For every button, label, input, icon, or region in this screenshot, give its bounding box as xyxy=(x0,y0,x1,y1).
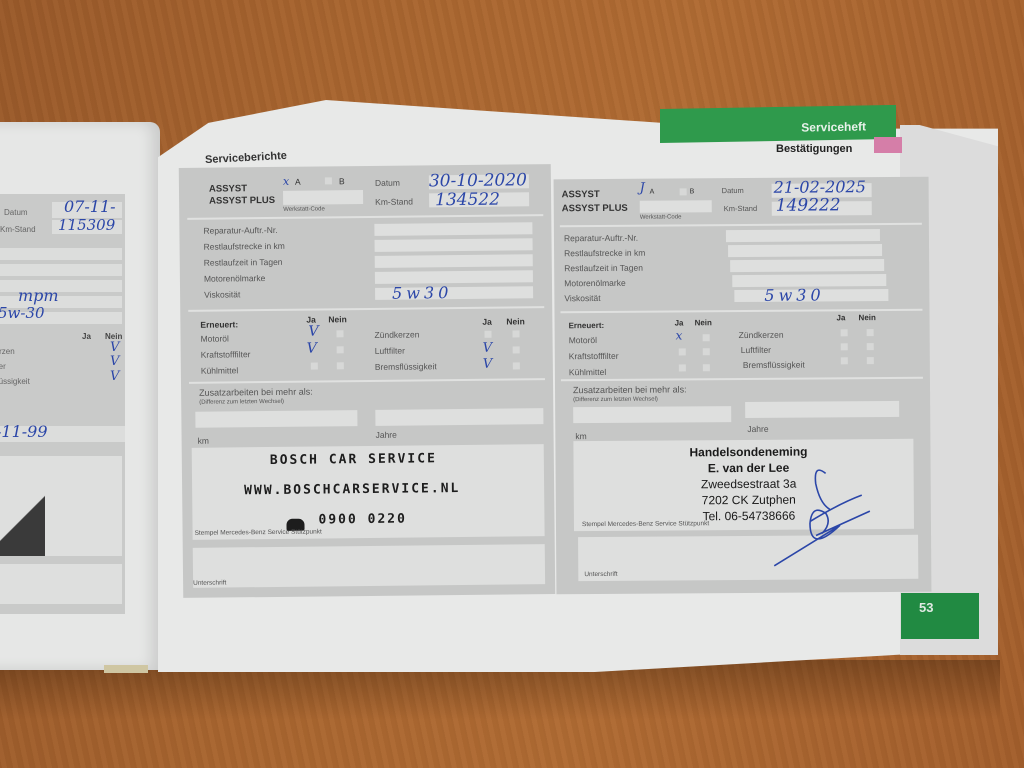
assyst-label: ASSYST xyxy=(562,189,600,200)
viskositaet-label: Viskosität xyxy=(204,289,240,299)
left-ja-label: Ja xyxy=(82,332,91,341)
ja-label-2: Ja xyxy=(836,313,845,322)
left-oil-brand: mpm xyxy=(18,286,59,305)
section-subtitle: Bestätigungen xyxy=(776,143,852,155)
restlaufzeit-label: Restlaufzeit in Tagen xyxy=(564,263,643,274)
left-form-panel: Datum 07-11-18 Km-Stand 115309 mpm 5w-30… xyxy=(0,194,125,614)
kraftstofffilter-nein-checkbox[interactable] xyxy=(703,348,710,355)
differenz-label: (Differenz zum letzten Wechsel) xyxy=(573,397,658,404)
divider xyxy=(561,377,923,382)
workshop-code-field[interactable] xyxy=(283,190,363,205)
workshop-code-label: Werkstatt-Code xyxy=(640,214,682,220)
left-field-row xyxy=(0,264,122,276)
kraftstofffilter-label: Kraftstofffilter xyxy=(201,349,251,360)
restlaufzeit-field[interactable] xyxy=(375,254,533,268)
unterschrift-label: Unterschrift xyxy=(584,571,617,578)
motorenoelmarke-label: Motorenölmarke xyxy=(564,278,625,288)
motoroel-label: Motoröl xyxy=(569,335,597,345)
motoroel-label: Motoröl xyxy=(200,333,228,343)
option-b-label: B xyxy=(339,176,345,186)
luftfilter-nein-checkbox[interactable] xyxy=(867,343,874,350)
datum-value: 30-10-2020 xyxy=(429,170,527,191)
reparatur-label: Reparatur-Auftr.-Nr. xyxy=(564,233,638,244)
luftfilter-nein-checkbox[interactable] xyxy=(513,346,520,353)
kuehlmittel-ja-checkbox[interactable] xyxy=(311,363,318,370)
bremsfluessigkeit-ja-checkbox[interactable] xyxy=(841,357,848,364)
divider xyxy=(188,306,544,312)
bremsfluessigkeit-nein-checkbox[interactable] xyxy=(513,362,520,369)
option-a-label: A xyxy=(650,189,655,196)
signature-box xyxy=(193,544,545,588)
bremsfluessigkeit-check: V xyxy=(483,357,493,372)
option-b-label: B xyxy=(690,188,695,195)
lee-stamp-line1: Handelsondeneming xyxy=(673,443,823,460)
unterschrift-label: Unterschrift xyxy=(193,579,226,586)
restlaufzeit-label: Restlaufzeit in Tagen xyxy=(204,257,283,268)
serviceheft-tab: Serviceheft xyxy=(660,105,896,143)
kuehlmittel-nein-checkbox[interactable] xyxy=(337,362,344,369)
nein-label-2: Nein xyxy=(858,313,875,322)
motoroel-check: V xyxy=(308,324,318,340)
divider xyxy=(187,214,543,220)
workshop-code-label: Werkstatt-Code xyxy=(283,206,325,212)
motoroel-nein-checkbox[interactable] xyxy=(703,334,710,341)
divider xyxy=(560,223,922,228)
left-km-value: 115309 xyxy=(58,216,115,234)
nein-label-2: Nein xyxy=(506,316,525,326)
bosch-stamp-line3: 0900 0220 xyxy=(318,512,407,528)
differenz-label: (Differenz zum letzten Wechsel) xyxy=(199,399,284,406)
zusatz-jahre-field[interactable] xyxy=(375,408,543,426)
left-mark-3: V xyxy=(110,369,119,384)
zusatz-km-field[interactable] xyxy=(195,410,357,428)
kraftstofffilter-check: V xyxy=(307,341,317,357)
zusatz-km-field[interactable] xyxy=(573,406,731,423)
km-label: km xyxy=(198,436,209,446)
assyst-plus-label: ASSYST PLUS xyxy=(209,195,275,207)
kraftstofffilter-nein-checkbox[interactable] xyxy=(337,346,344,353)
erneuert-label: Erneuert: xyxy=(569,321,605,330)
zuendkerzen-label: Zündkerzen xyxy=(739,330,784,340)
restlaufstrecke-field[interactable] xyxy=(375,238,533,252)
ja-label-2: Ja xyxy=(482,317,492,327)
restlaufzeit-field[interactable] xyxy=(730,259,884,272)
page-number-tab: 53 xyxy=(901,593,979,639)
reparatur-label: Reparatur-Auftr.-Nr. xyxy=(203,225,277,236)
luftfilter-check: V xyxy=(483,341,493,356)
km-stand-value: 149222 xyxy=(776,195,841,215)
left-km-label: Km-Stand xyxy=(0,225,36,234)
left-row-1: ...erzen xyxy=(0,347,15,356)
luftfilter-ja-checkbox[interactable] xyxy=(841,343,848,350)
assyst-label: ASSYST xyxy=(209,183,247,194)
km-stand-label: Km-Stand xyxy=(375,197,413,207)
option-a-mark: x xyxy=(283,175,289,188)
kuehlmittel-label: Kühlmittel xyxy=(569,367,606,377)
kuehlmittel-label: Kühlmittel xyxy=(201,365,238,375)
motoroel-check: x xyxy=(676,328,683,342)
restlaufstrecke-field[interactable] xyxy=(728,244,882,257)
km-label: km xyxy=(575,431,586,441)
bremsfluessigkeit-label: Bremsflüssigkeit xyxy=(743,360,805,370)
pink-marker xyxy=(874,137,902,153)
kuehlmittel-nein-checkbox[interactable] xyxy=(703,364,710,371)
km-stand-value: 134522 xyxy=(435,190,500,211)
restlaufstrecke-label: Restlaufstrecke in km xyxy=(564,248,645,259)
zusatzarbeiten-label: Zusatzarbeiten bei mehr als: xyxy=(199,387,313,398)
zusatz-jahre-field[interactable] xyxy=(745,401,899,418)
km-stand-label: Km-Stand xyxy=(724,204,757,213)
zuendkerzen-nein-checkbox[interactable] xyxy=(512,330,519,337)
assyst-plus-label: ASSYST PLUS xyxy=(562,203,628,214)
left-page: Datum 07-11-18 Km-Stand 115309 mpm 5w-30… xyxy=(0,122,160,670)
restlaufstrecke-label: Restlaufstrecke in km xyxy=(204,241,285,252)
stempel-label: Stempel Mercedes-Benz Service Stützpunkt xyxy=(582,520,709,528)
motorenoelmarke-label: Motorenölmarke xyxy=(204,273,266,284)
kraftstofffilter-ja-checkbox[interactable] xyxy=(679,348,686,355)
left-partial-date: -11-99 xyxy=(0,422,48,441)
zusatzarbeiten-label: Zusatzarbeiten bei mehr als: xyxy=(573,384,687,395)
option-b-checkbox[interactable] xyxy=(680,188,687,195)
signature-scribble xyxy=(770,463,881,574)
viskositaet-value: 5w30 xyxy=(392,283,452,303)
datum-value: 21-02-2025 xyxy=(774,177,866,197)
motorenoelmarke-field[interactable] xyxy=(375,270,533,284)
left-field-row xyxy=(0,248,122,260)
left-stamp-remnant xyxy=(0,466,45,556)
left-datum-label: Datum xyxy=(4,208,28,217)
option-a-mark: J xyxy=(640,181,645,196)
nein-label-1: Nein xyxy=(328,314,347,324)
datum-label: Datum xyxy=(375,178,400,188)
reparatur-field[interactable] xyxy=(726,229,880,242)
reparatur-field[interactable] xyxy=(374,222,532,236)
viskositaet-label: Viskosität xyxy=(564,293,600,303)
viskositaet-value: 5w30 xyxy=(764,285,824,304)
workshop-code-field[interactable] xyxy=(640,200,712,213)
bosch-stamp-line2: WWW.BOSCHCARSERVICE.NL xyxy=(244,481,460,498)
option-b-checkbox[interactable] xyxy=(325,177,332,184)
left-signature-box xyxy=(0,564,122,604)
divider xyxy=(189,378,545,384)
luftfilter-label: Luftfilter xyxy=(375,346,405,356)
service-entry-2: ASSYST ASSYST PLUS J A B Werkstatt-Code … xyxy=(554,177,932,595)
left-mark-2: V xyxy=(110,354,119,369)
jahre-label: Jahre xyxy=(376,430,397,440)
left-mark-1: V xyxy=(110,340,119,355)
bosch-stamp-line1: BOSCH CAR SERVICE xyxy=(270,451,437,468)
luftfilter-label: Luftfilter xyxy=(741,345,771,355)
jahre-label: Jahre xyxy=(747,424,768,434)
bremsfluessigkeit-nein-checkbox[interactable] xyxy=(867,357,874,364)
zuendkerzen-label: Zündkerzen xyxy=(374,329,419,339)
zuendkerzen-ja-checkbox[interactable] xyxy=(841,329,848,336)
page-number: 53 xyxy=(919,600,933,615)
nein-label-1: Nein xyxy=(695,318,712,327)
option-a-label: A xyxy=(295,177,301,187)
zuendkerzen-nein-checkbox[interactable] xyxy=(867,329,874,336)
zuendkerzen-ja-checkbox[interactable] xyxy=(484,331,491,338)
service-entry-1: ASSYST ASSYST PLUS x A B Werkstatt-Code … xyxy=(179,164,555,598)
erneuert-label: Erneuert: xyxy=(200,319,238,329)
binding-tape xyxy=(104,665,148,673)
left-row-2: ...lter xyxy=(0,362,6,371)
left-row-3: ...flüssigkeit xyxy=(0,377,30,386)
stempel-label: Stempel Mercedes-Benz Service Stützpunkt xyxy=(195,528,322,536)
serviceheft-title: Serviceheft xyxy=(801,119,866,134)
left-viscosity: 5w-30 xyxy=(0,304,45,322)
bremsfluessigkeit-label: Bremsflüssigkeit xyxy=(375,361,437,372)
motoroel-nein-checkbox[interactable] xyxy=(336,330,343,337)
datum-label: Datum xyxy=(722,186,744,195)
kuehlmittel-ja-checkbox[interactable] xyxy=(679,364,686,371)
ja-label-1: Ja xyxy=(675,318,684,327)
kraftstofffilter-label: Kraftstofffilter xyxy=(569,351,619,361)
